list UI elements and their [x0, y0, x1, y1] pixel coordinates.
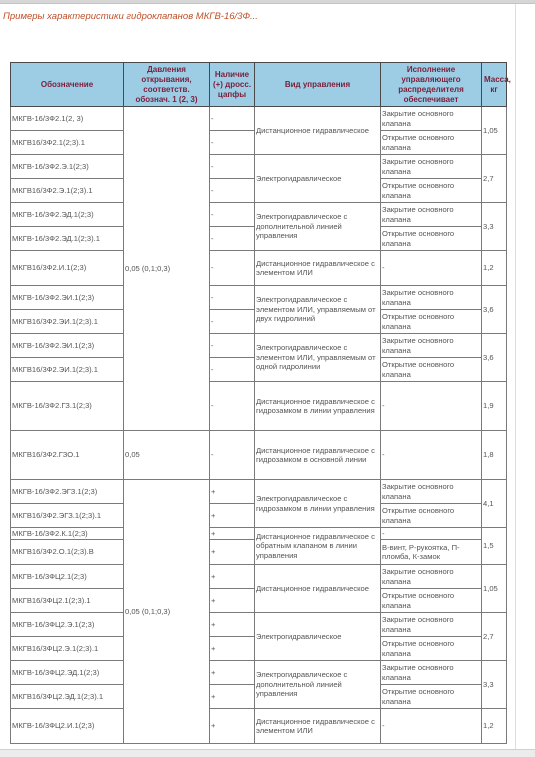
- table-row: МКГВ-16/3Ф2.ЭГЗ.1(2;3) 0,05 (0,1;0,3) + …: [11, 480, 507, 504]
- cell-mass: 3,3: [482, 203, 507, 251]
- table-row: МКГВ-16/3Ф2.ГЗ.1(2;3) - Дистанционное ги…: [11, 382, 507, 431]
- cell-designation: МКГВ16/3Ф2.ЭГЗ.1(2;3).1: [11, 504, 124, 528]
- cell-throttle: -: [210, 382, 255, 431]
- valve-characteristics-table: Обозначение Давления открывания, соответ…: [10, 62, 507, 744]
- table-row: МКГВ16/3Ф2.ГЗО.1 0,05 - Дистанционное ги…: [11, 431, 507, 480]
- cell-designation: МКГВ16/3Ф2.ЭИ.1(2;3).1: [11, 358, 124, 382]
- scroll-rail: [515, 4, 516, 749]
- cell-execution: Закрытие основного клапана: [381, 203, 482, 227]
- cell-control-type: Дистанционное гидравлическое с гидрозамк…: [255, 431, 381, 480]
- cell-execution: -: [381, 528, 482, 540]
- cell-execution: Закрытие основного клапана: [381, 480, 482, 504]
- cell-designation: МКГВ16/3Ф2.О.1(2;3).В: [11, 540, 124, 565]
- cell-throttle: -: [210, 358, 255, 382]
- cell-designation: МКГВ-16/3Ф2.К.1(2;3): [11, 528, 124, 540]
- table-row: МКГВ-16/3Ф2.Э.1(2;3) - Электрогидравличе…: [11, 155, 507, 179]
- cell-throttle: +: [210, 528, 255, 540]
- cell-designation: МКГВ-16/3ФЦ2.ЭД.1(2;3): [11, 661, 124, 685]
- cell-throttle: -: [210, 107, 255, 131]
- table-row: МКГВ-16/3Ф2.К.1(2;3) + Дистанционное гид…: [11, 528, 507, 540]
- cell-control-type: Дистанционное гидравлическое с гидрозамк…: [255, 382, 381, 431]
- cell-execution: Закрытие основного клапана: [381, 565, 482, 589]
- header-control-type: Вид управления: [255, 63, 381, 107]
- cell-throttle: +: [210, 565, 255, 589]
- cell-mass: 1,9: [482, 382, 507, 431]
- cell-mass: 3,6: [482, 286, 507, 334]
- cell-mass: 3,6: [482, 334, 507, 382]
- cell-throttle: -: [210, 227, 255, 251]
- cell-designation: МКГВ-16/3Ф2.ЭИ.1(2;3): [11, 286, 124, 310]
- cell-control-type: Дистанционное гидравлическое: [255, 565, 381, 613]
- table-header-row: Обозначение Давления открывания, соответ…: [11, 63, 507, 107]
- cell-designation: МКГВ-16/3ФЦ2.1(2;3): [11, 565, 124, 589]
- cell-control-type: Электрогидравлическое с элементом ИЛИ, у…: [255, 286, 381, 334]
- cell-control-type: Дистанционное гидравлическое с элементом…: [255, 251, 381, 286]
- cell-execution: Закрытие основного клапана: [381, 661, 482, 685]
- cell-control-type: Дистанционное гидравлическое: [255, 107, 381, 155]
- cell-execution: -: [381, 431, 482, 480]
- cell-mass: 2,7: [482, 155, 507, 203]
- cell-designation: МКГВ16/3Ф2.ЭИ.1(2;3).1: [11, 310, 124, 334]
- cell-control-type: Электрогидравлическое с дополнительной л…: [255, 661, 381, 709]
- table-row: МКГВ-16/3ФЦ2.1(2;3) + Дистанционное гидр…: [11, 565, 507, 589]
- cell-pressure: 0,05 (0,1;0,3): [124, 480, 210, 744]
- cell-designation: МКГВ16/3Ф2.И.1(2;3): [11, 251, 124, 286]
- cell-pressure: 0,05: [124, 431, 210, 480]
- page-title: Примеры характеристики гидроклапанов МКГ…: [3, 11, 258, 22]
- cell-throttle: +: [210, 709, 255, 744]
- cell-mass: 1,5: [482, 528, 507, 565]
- cell-throttle: +: [210, 637, 255, 661]
- cell-designation: МКГВ-16/3ФЦ2.И.1(2;3): [11, 709, 124, 744]
- cell-designation: МКГВ-16/3Ф2.ЭД.1(2;3): [11, 203, 124, 227]
- header-pressure: Давления открывания, соответств. обознач…: [124, 63, 210, 107]
- cell-throttle: +: [210, 661, 255, 685]
- cell-control-type: Электрогидравлическое с гидрозамком в ли…: [255, 480, 381, 528]
- cell-designation: МКГВ-16/3Ф2.ЭИ.1(2;3): [11, 334, 124, 358]
- cell-designation: МКГВ16/3Ф2.ГЗО.1: [11, 431, 124, 480]
- cell-designation: МКГВ16/3ФЦ2.1(2;3).1: [11, 589, 124, 613]
- cell-execution: -: [381, 382, 482, 431]
- cell-throttle: +: [210, 540, 255, 565]
- cell-mass: 1,8: [482, 431, 507, 480]
- header-throttle: Наличие (+) дросс. цапфы: [210, 63, 255, 107]
- cell-control-type: Дистанционное гидравлическое с обратным …: [255, 528, 381, 565]
- header-designation: Обозначение: [11, 63, 124, 107]
- cell-designation: МКГВ-16/3Ф2.ГЗ.1(2;3): [11, 382, 124, 431]
- cell-designation: МКГВ16/3ФЦ2.ЭД.1(2;3).1: [11, 685, 124, 709]
- cell-mass: 1,2: [482, 251, 507, 286]
- cell-execution: Открытие основного клапана: [381, 227, 482, 251]
- cell-throttle: -: [210, 334, 255, 358]
- cell-throttle: +: [210, 685, 255, 709]
- cell-throttle: -: [210, 155, 255, 179]
- cell-designation: МКГВ16/3ФЦ2.Э.1(2;3).1: [11, 637, 124, 661]
- cell-throttle: +: [210, 613, 255, 637]
- cell-execution: -: [381, 251, 482, 286]
- cell-mass: 1,2: [482, 709, 507, 744]
- table-row: МКГВ-16/3ФЦ2.Э.1(2;3) + Электрогидравлич…: [11, 613, 507, 637]
- cell-designation: МКГВ-16/3Ф2.Э.1(2;3): [11, 155, 124, 179]
- cell-throttle: +: [210, 480, 255, 504]
- cell-execution: Открытие основного клапана: [381, 685, 482, 709]
- cell-mass: 2,7: [482, 613, 507, 661]
- cell-control-type: Электрогидравлическое с дополнительной л…: [255, 203, 381, 251]
- table-row: МКГВ-16/3Ф2.ЭИ.1(2;3) - Электрогидравлич…: [11, 334, 507, 358]
- cell-mass: 1,05: [482, 107, 507, 155]
- cell-execution: Закрытие основного клапана: [381, 613, 482, 637]
- cell-throttle: -: [210, 251, 255, 286]
- cell-control-type: Электрогидравлическое с элементом ИЛИ, у…: [255, 334, 381, 382]
- cell-throttle: +: [210, 504, 255, 528]
- cell-pressure: 0,05 (0,1;0,3): [124, 107, 210, 431]
- table-row: МКГВ-16/3Ф2.ЭД.1(2;3) - Электрогидравлич…: [11, 203, 507, 227]
- table-row: МКГВ-16/3ФЦ2.И.1(2;3) + Дистанционное ги…: [11, 709, 507, 744]
- cell-designation: МКГВ16/3Ф2.1(2;3).1: [11, 131, 124, 155]
- cell-throttle: -: [210, 431, 255, 480]
- cell-execution: Открытие основного клапана: [381, 310, 482, 334]
- table-row: МКГВ-16/3Ф2.1(2, 3) 0,05 (0,1;0,3) - Дис…: [11, 107, 507, 131]
- cell-mass: 4,1: [482, 480, 507, 528]
- table-row: МКГВ-16/3Ф2.ЭИ.1(2;3) - Электрогидравлич…: [11, 286, 507, 310]
- cell-mass: 1,05: [482, 565, 507, 613]
- cell-execution: Открытие основного клапана: [381, 179, 482, 203]
- cell-execution: Открытие основного клапана: [381, 637, 482, 661]
- cell-execution: В-винт, Р-рукоятка, П-пломба, К-замок: [381, 540, 482, 565]
- cell-execution: Закрытие основного клапана: [381, 155, 482, 179]
- cell-execution: Открытие основного клапана: [381, 589, 482, 613]
- cell-throttle: -: [210, 310, 255, 334]
- cell-throttle: -: [210, 203, 255, 227]
- cell-designation: МКГВ-16/3Ф2.ЭД.1(2;3).1: [11, 227, 124, 251]
- cell-mass: 3,3: [482, 661, 507, 709]
- table-row: МКГВ-16/3ФЦ2.ЭД.1(2;3) + Электрогидравли…: [11, 661, 507, 685]
- table-row: МКГВ16/3Ф2.И.1(2;3) - Дистанционное гидр…: [11, 251, 507, 286]
- cell-designation: МКГВ-16/3ФЦ2.Э.1(2;3): [11, 613, 124, 637]
- cell-execution: Открытие основного клапана: [381, 358, 482, 382]
- cell-control-type: Электрогидравлическое: [255, 613, 381, 661]
- cell-execution: -: [381, 709, 482, 744]
- window-top-border: [0, 0, 535, 4]
- cell-throttle: -: [210, 286, 255, 310]
- cell-designation: МКГВ-16/3Ф2.1(2, 3): [11, 107, 124, 131]
- header-mass: Масса, кг: [482, 63, 507, 107]
- cell-execution: Закрытие основного клапана: [381, 334, 482, 358]
- cell-execution: Открытие основного клапана: [381, 504, 482, 528]
- cell-execution: Открытие основного клапана: [381, 131, 482, 155]
- cell-throttle: +: [210, 589, 255, 613]
- cell-control-type: Дистанционное гидравлическое с элементом…: [255, 709, 381, 744]
- header-execution: Исполнение управляющего распределителя о…: [381, 63, 482, 107]
- cell-throttle: -: [210, 179, 255, 203]
- cell-execution: Закрытие основного клапана: [381, 107, 482, 131]
- cell-designation: МКГВ16/3Ф2.Э.1(2;3).1: [11, 179, 124, 203]
- cell-designation: МКГВ-16/3Ф2.ЭГЗ.1(2;3): [11, 480, 124, 504]
- horizontal-scrollbar[interactable]: [0, 749, 535, 757]
- cell-execution: Закрытие основного клапана: [381, 286, 482, 310]
- cell-control-type: Электрогидравлическое: [255, 155, 381, 203]
- cell-throttle: -: [210, 131, 255, 155]
